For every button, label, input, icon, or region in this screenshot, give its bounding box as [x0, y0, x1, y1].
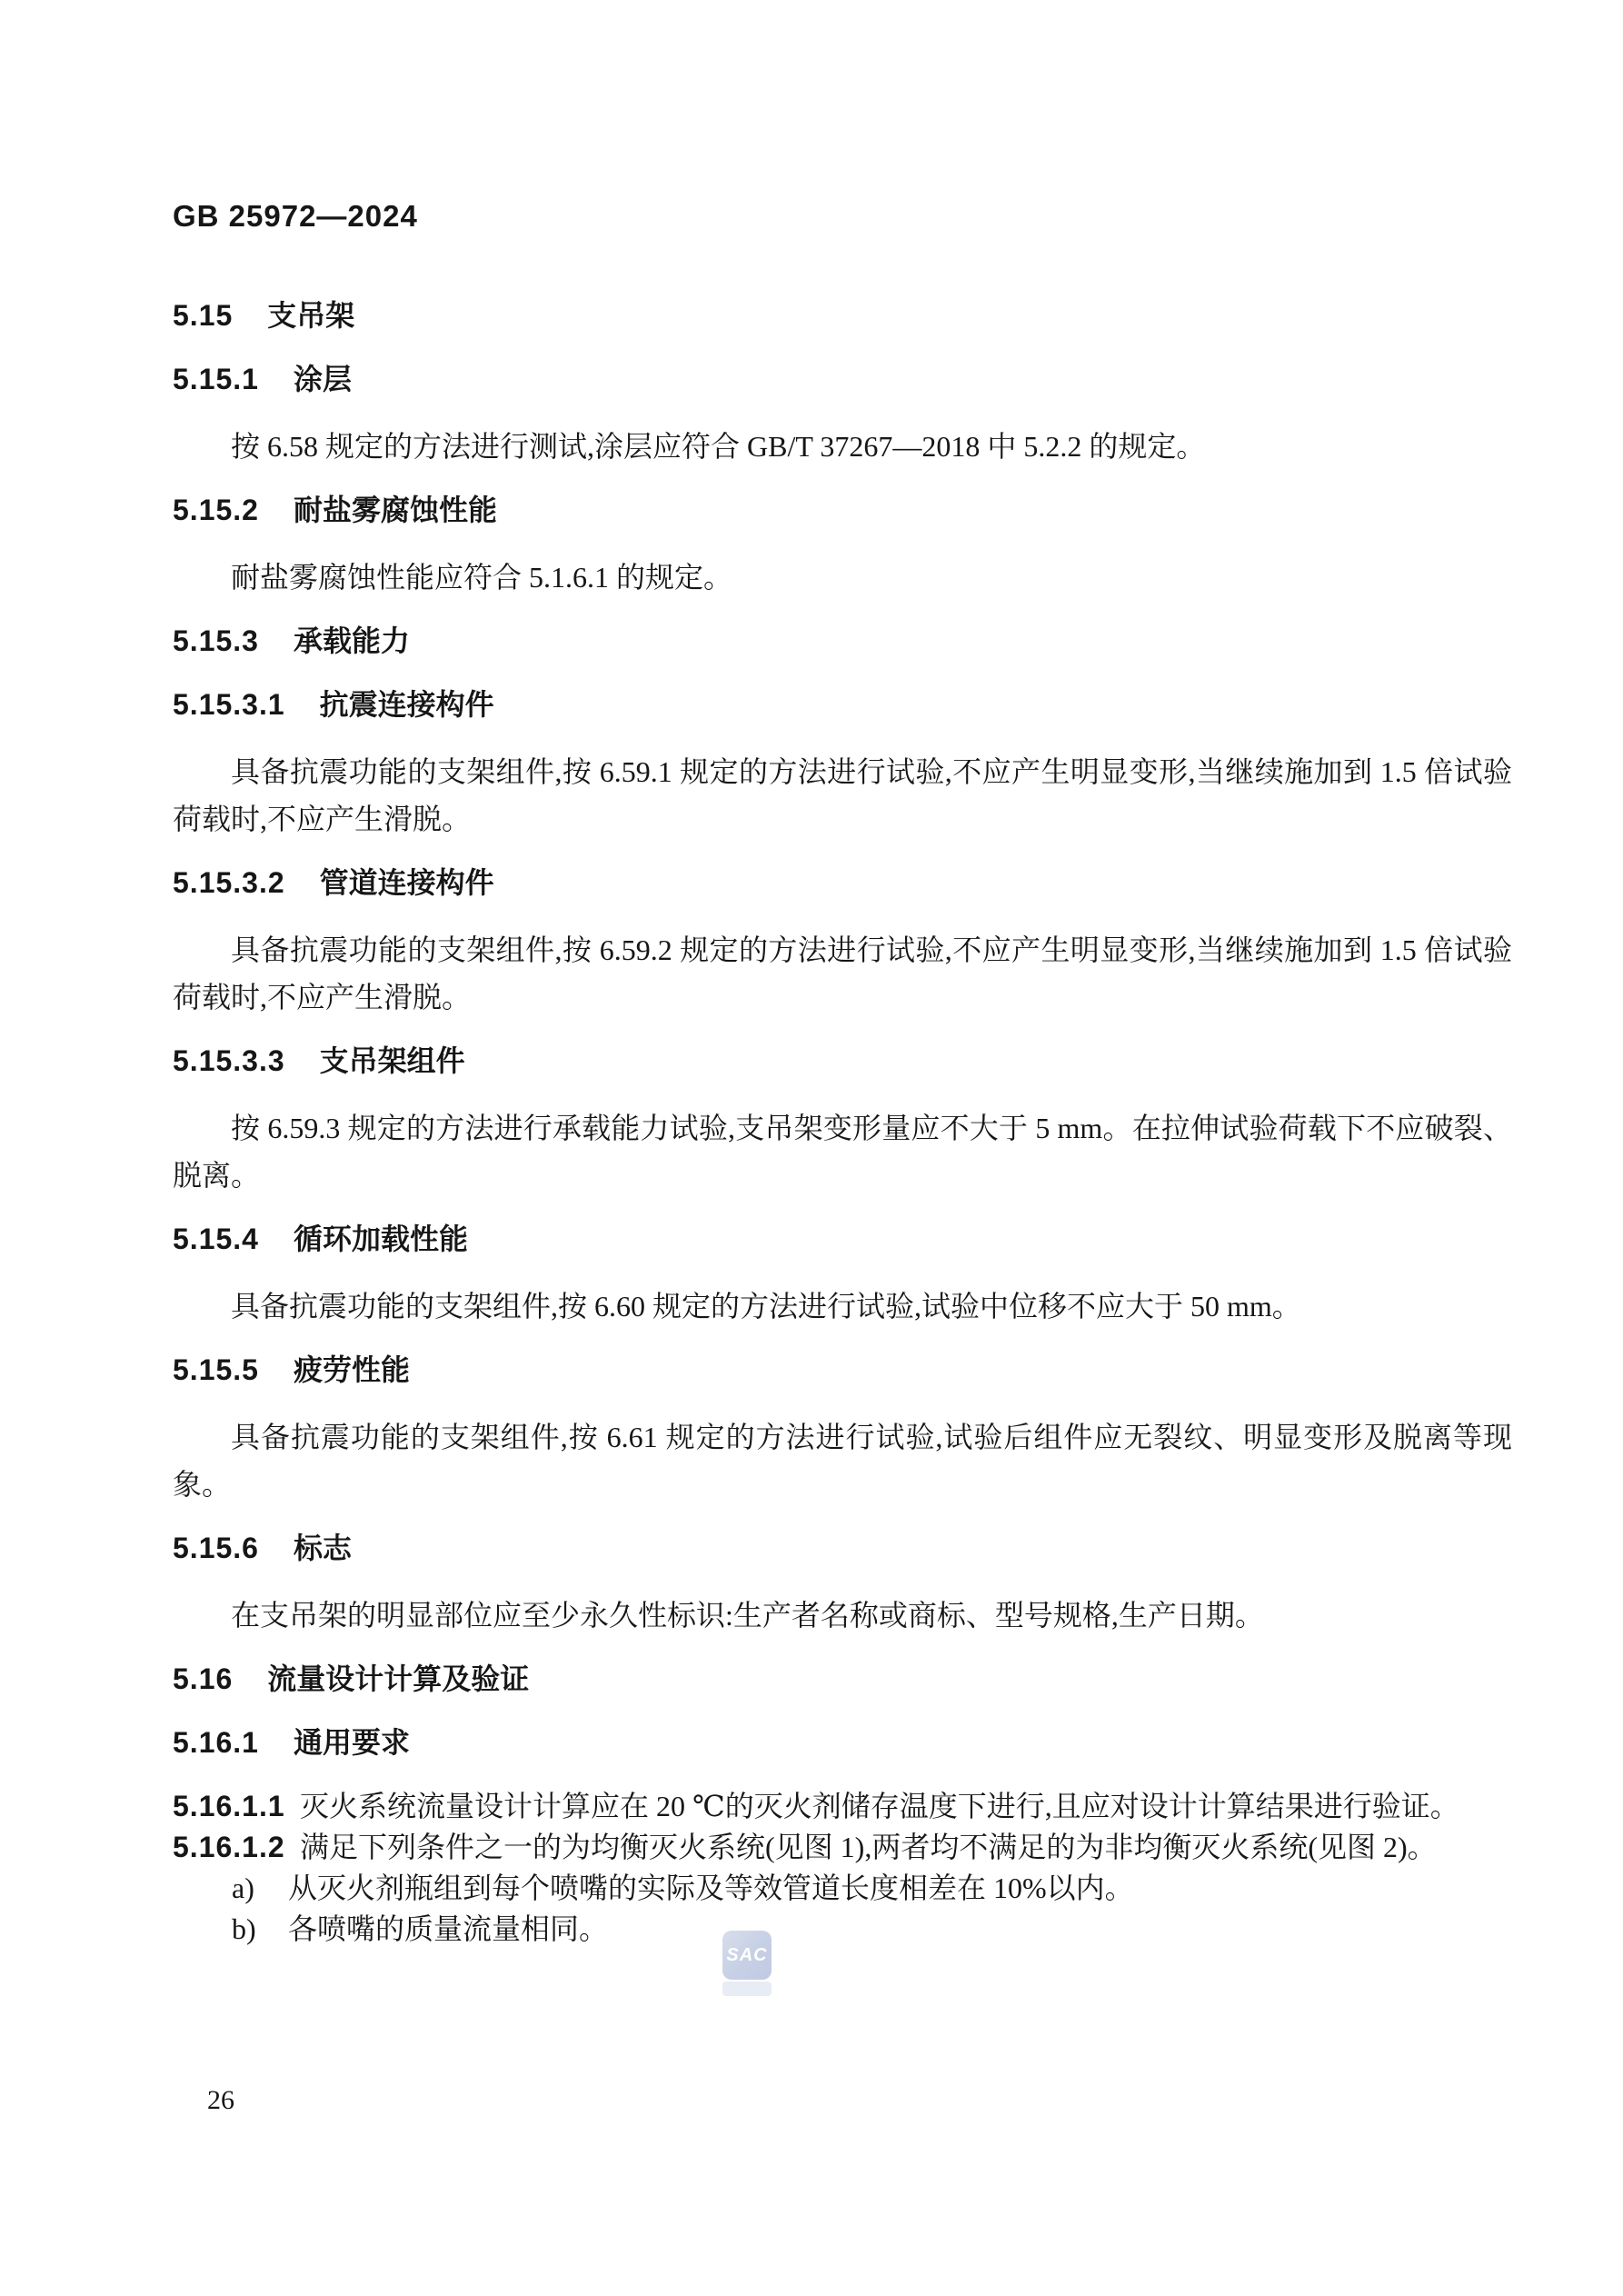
list-item-text: 各喷嘴的质量流量相同。 — [288, 1912, 608, 1945]
heading-title: 涂层 — [294, 363, 352, 395]
heading-title: 疲劳性能 — [294, 1353, 410, 1386]
section-heading-5-15-6: 5.15.6标志 — [173, 1528, 1512, 1568]
page-number: 26 — [207, 2080, 234, 2121]
heading-number: 5.15.3.1 — [173, 688, 285, 721]
paragraph-seismic-connector: 具备抗震功能的支架组件,按 6.59.1 规定的方法进行试验,不应产生明显变形,… — [173, 748, 1512, 843]
heading-number: 5.15.3.2 — [173, 866, 285, 899]
document-content: GB 25972—2024 5.15支吊架 5.15.1涂层 按 6.58 规定… — [173, 198, 1512, 1950]
heading-title: 承载能力 — [294, 624, 410, 657]
heading-title: 管道连接构件 — [320, 866, 494, 899]
clause-number: 5.16.1.1 — [173, 1786, 300, 1827]
heading-number: 5.15.4 — [173, 1223, 259, 1255]
clause-5-16-1-1: 5.16.1.1灭火系统流量设计计算应在 20 ℃的灭火剂储存温度下进行,且应对… — [173, 1786, 1512, 1827]
paragraph-coating: 按 6.58 规定的方法进行测试,涂层应符合 GB/T 37267—2018 中… — [173, 423, 1512, 470]
section-heading-5-15-3: 5.15.3承载能力 — [173, 621, 1512, 661]
list-item-a: a)从灭火剂瓶组到每个喷嘴的实际及等效管道长度相差在 10%以内。 — [173, 1868, 1512, 1909]
section-heading-5-15-3-1: 5.15.3.1抗震连接构件 — [173, 684, 1512, 724]
list-marker: b) — [232, 1909, 256, 1950]
heading-number: 5.15 — [173, 299, 233, 332]
clause-number: 5.16.1.2 — [173, 1827, 300, 1868]
section-heading-5-15-4: 5.15.4循环加载性能 — [173, 1219, 1512, 1259]
heading-title: 流量设计计算及验证 — [267, 1662, 529, 1695]
list-item-text: 从灭火剂瓶组到每个喷嘴的实际及等效管道长度相差在 10%以内。 — [288, 1872, 1134, 1904]
heading-title: 抗震连接构件 — [320, 688, 494, 721]
paragraph-hanger-assembly: 按 6.59.3 规定的方法进行承载能力试验,支吊架变形量应不大于 5 mm。在… — [173, 1104, 1512, 1199]
heading-number: 5.15.6 — [173, 1532, 259, 1564]
paragraph-marking: 在支吊架的明显部位应至少永久性标识:生产者名称或商标、型号规格,生产日期。 — [173, 1592, 1512, 1639]
section-heading-5-15-5: 5.15.5疲劳性能 — [173, 1350, 1512, 1390]
heading-number: 5.15.5 — [173, 1353, 259, 1386]
heading-number: 5.15.1 — [173, 363, 259, 395]
heading-title: 通用要求 — [294, 1726, 410, 1759]
section-heading-5-15-2: 5.15.2耐盐雾腐蚀性能 — [173, 490, 1512, 530]
clause-text: 满足下列条件之一的为均衡灭火系统(见图 1),两者均不满足的为非均衡灭火系统(见… — [300, 1831, 1437, 1863]
paragraph-fatigue: 具备抗震功能的支架组件,按 6.61 规定的方法进行试验,试验后组件应无裂纹、明… — [173, 1413, 1512, 1508]
section-heading-5-16-1: 5.16.1通用要求 — [173, 1722, 1512, 1762]
heading-title: 循环加载性能 — [294, 1223, 468, 1255]
heading-title: 标志 — [294, 1532, 352, 1564]
heading-number: 5.16 — [173, 1662, 233, 1695]
paragraph-pipe-connector: 具备抗震功能的支架组件,按 6.59.2 规定的方法进行试验,不应产生明显变形,… — [173, 926, 1512, 1021]
heading-number: 5.15.2 — [173, 494, 259, 526]
heading-number: 5.15.3.3 — [173, 1044, 285, 1077]
paragraph-salt-spray: 耐盐雾腐蚀性能应符合 5.1.6.1 的规定。 — [173, 554, 1512, 601]
list-marker: a) — [232, 1868, 254, 1909]
clause-text: 灭火系统流量设计计算应在 20 ℃的灭火剂储存温度下进行,且应对设计计算结果进行… — [300, 1790, 1459, 1822]
heading-number: 5.16.1 — [173, 1726, 259, 1759]
section-heading-5-15-3-2: 5.15.3.2管道连接构件 — [173, 863, 1512, 903]
document-page: GB 25972—2024 5.15支吊架 5.15.1涂层 按 6.58 规定… — [0, 0, 1623, 2296]
standard-number: GB 25972—2024 — [173, 198, 1512, 235]
heading-title: 耐盐雾腐蚀性能 — [294, 494, 497, 526]
clause-5-16-1-2: 5.16.1.2满足下列条件之一的为均衡灭火系统(见图 1),两者均不满足的为非… — [173, 1827, 1512, 1868]
heading-number: 5.15.3 — [173, 624, 259, 657]
list-item-b: b)各喷嘴的质量流量相同。 — [173, 1909, 1512, 1950]
heading-title: 支吊架组件 — [320, 1044, 465, 1077]
paragraph-cyclic-loading: 具备抗震功能的支架组件,按 6.60 规定的方法进行试验,试验中位移不应大于 5… — [173, 1283, 1512, 1330]
section-heading-5-15-1: 5.15.1涂层 — [173, 359, 1512, 399]
section-heading-5-16: 5.16流量设计计算及验证 — [173, 1659, 1512, 1699]
sac-logo-shadow — [722, 1982, 772, 1996]
heading-title: 支吊架 — [267, 299, 354, 332]
section-heading-5-15: 5.15支吊架 — [173, 295, 1512, 335]
section-heading-5-15-3-3: 5.15.3.3支吊架组件 — [173, 1041, 1512, 1081]
